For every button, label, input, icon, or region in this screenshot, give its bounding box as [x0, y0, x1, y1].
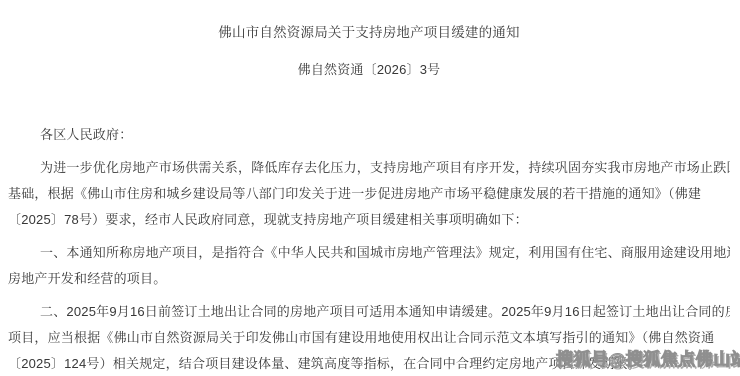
salutation-line: 各区人民政府： [8, 122, 730, 148]
notice-document: 佛山市自然资源局关于支持房地产项目缓建的通知 佛自然资通〔2026〕3号 各区人… [0, 0, 740, 376]
paragraph-item-2-line-1: 二、2025年9月16日前签订土地出让合同的房地产项目可适用本通知申请缓建。20… [8, 299, 730, 325]
paragraph-intro-line-2: 基础，根据《佛山市住房和城乡建设局等八部门印发关于进一步促进房地产市场平稳健康发… [8, 181, 730, 207]
paragraph-item-1-line-1: 一、本通知所称房地产项目，是指符合《中华人民共和国城市房地产管理法》规定，利用国… [8, 240, 730, 266]
paragraph-item-1: 一、本通知所称房地产项目，是指符合《中华人民共和国城市房地产管理法》规定，利用国… [8, 240, 730, 292]
paragraph-intro: 为进一步优化房地产市场供需关系，降低库存去化压力，支持房地产项目有序开发，持续巩… [8, 155, 730, 233]
paragraph-intro-line-1: 为进一步优化房地产市场供需关系，降低库存去化压力，支持房地产项目有序开发，持续巩… [8, 155, 730, 181]
sohu-watermark: 搜狐号@搜狐焦点佛山站 [556, 345, 740, 370]
paragraph-intro-line-3: 〔2025〕78号）要求，经市人民政府同意，现就支持房地产项目缓建相关事项明确如… [8, 207, 730, 233]
document-number: 佛自然资通〔2026〕3号 [8, 57, 730, 83]
document-title: 佛山市自然资源局关于支持房地产项目缓建的通知 [8, 20, 730, 46]
paragraph-item-1-line-2: 房地产开发和经营的项目。 [8, 266, 730, 292]
